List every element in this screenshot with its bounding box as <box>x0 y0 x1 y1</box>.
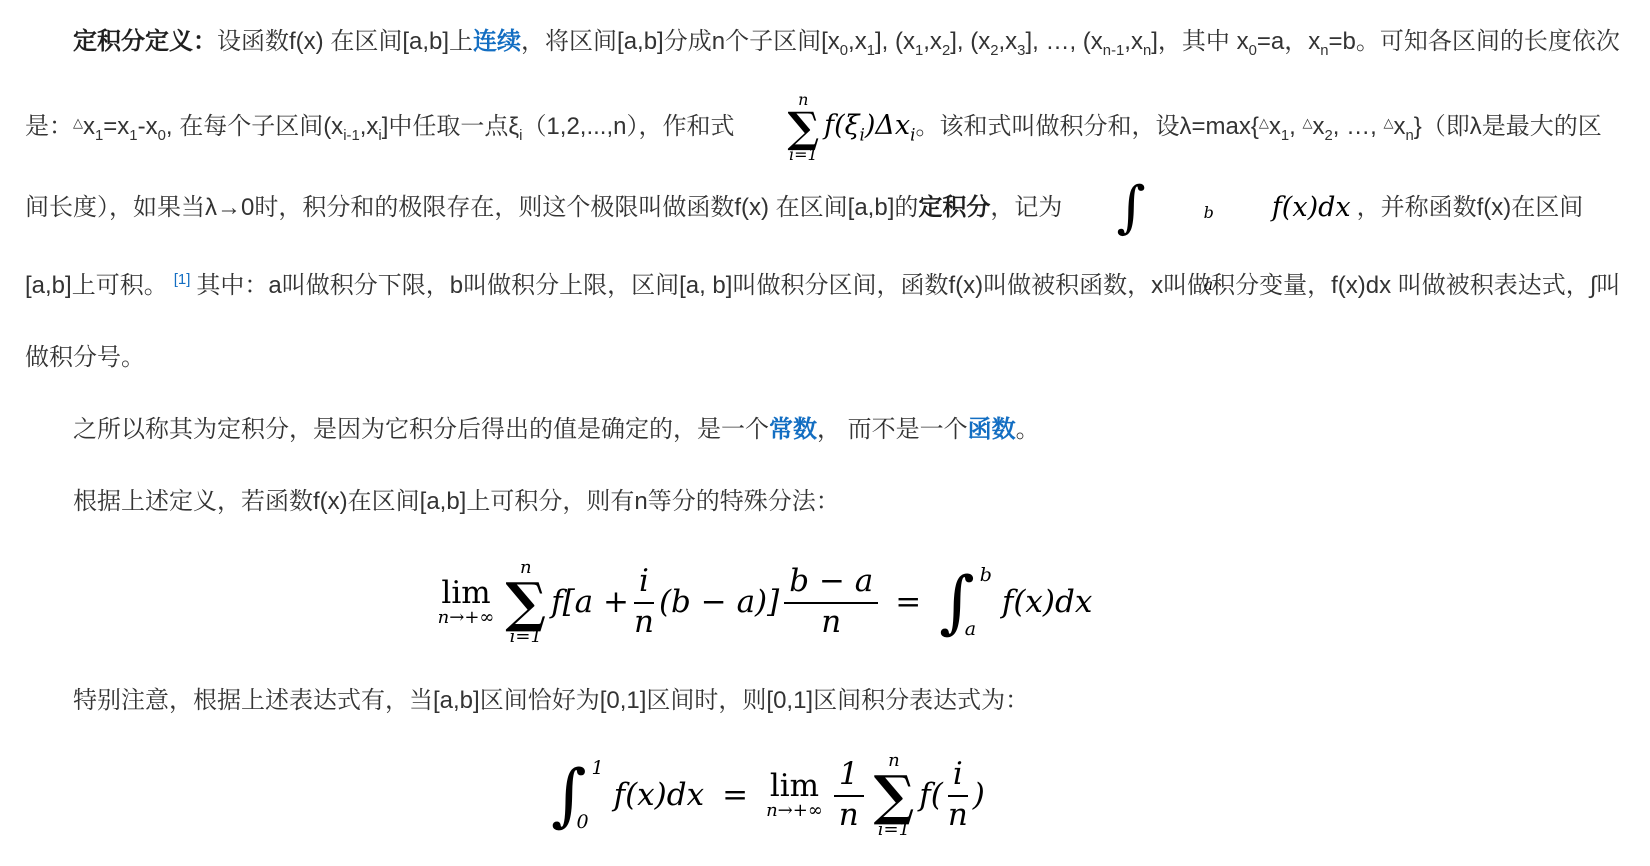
definite-integral-inline-formula: ∫baf(x)dx <box>1068 172 1350 244</box>
sigma-icon: ∑ <box>505 577 546 628</box>
text-segment: ,x <box>360 113 379 140</box>
text-segment: =a，x <box>1257 28 1320 55</box>
link-function[interactable]: 函数 <box>968 416 1016 443</box>
subscript: 1 <box>867 43 875 59</box>
text-segment: ], …, (x <box>1025 28 1102 55</box>
text-segment: 设函数f(x) 在区间[a,b]上 <box>217 28 473 55</box>
integrand: f(x)dx <box>1002 584 1092 620</box>
formula-term: ) <box>973 777 985 813</box>
term-definite-integral: 定积分 <box>918 194 990 221</box>
formula-term: f( <box>919 777 943 813</box>
definite-integral-operator: ∫10f(x)dx <box>551 757 704 833</box>
text-segment: 特别注意，根据上述表达式有，当[a,b]区间恰好为[0,1]区间时，则[0,1]… <box>73 687 1029 714</box>
sum-body: f(ξi)Δxi <box>824 110 915 141</box>
text-segment: 之所以称其为定积分，是因为它积分后得出的值是确定的，是一个 <box>73 416 769 443</box>
subscript: 0 <box>158 128 166 144</box>
summation-operator: n∑i=1 <box>874 752 915 839</box>
text-segment: 。该和式叫做积分和，设λ=max{ <box>916 113 1259 140</box>
article-content: 定积分定义：设函数f(x) 在区间[a,b]上连续，将区间[a,b]分成n个子区… <box>0 0 1650 854</box>
subscript: 2 <box>990 43 998 59</box>
integrand: f(x)dx <box>1224 172 1351 244</box>
text-segment: ,x <box>1124 28 1143 55</box>
subscript: 0 <box>1249 43 1257 59</box>
subscript: 2 <box>1325 128 1333 144</box>
term-definite-integral-definition: 定积分定义： <box>73 28 217 55</box>
subscript: i-1 <box>343 128 360 144</box>
text-segment: , 在每个子区间(x <box>166 113 343 140</box>
text-segment: , …, <box>1333 113 1384 140</box>
special-note-text: 特别注意，根据上述表达式有，当[a,b]区间恰好为[0,1]区间时，则[0,1]… <box>73 687 1029 714</box>
integral-upper-limit: b <box>1156 177 1214 249</box>
triangle-delta: △ <box>1303 115 1313 130</box>
n-partition-intro-paragraph: 根据上述定义，若函数f(x)在区间[a,b]上可积分，则有n等分的特殊分法： <box>25 466 1622 538</box>
link-constant[interactable]: 常数 <box>769 416 817 443</box>
n-partition-intro-text: 根据上述定义，若函数f(x)在区间[a,b]上可积分，则有n等分的特殊分法： <box>73 488 840 515</box>
triangle-delta: △ <box>1383 115 1393 130</box>
text-segment: ，记为 <box>990 194 1062 221</box>
text-segment: ,x <box>923 28 942 55</box>
subscript: 0 <box>840 43 848 59</box>
text-segment: x <box>83 113 95 140</box>
integral-sum-inline-formula: n∑i=1 <box>740 92 820 164</box>
summation-operator: n∑i=1 <box>505 559 546 646</box>
text-segment: ]中任取一点ξ <box>382 113 519 140</box>
subscript: n-1 <box>1103 43 1125 59</box>
fraction-one-over-n: 1n <box>834 757 864 833</box>
subscript: 2 <box>942 43 950 59</box>
link-continuous[interactable]: 连续 <box>473 28 521 55</box>
text-segment: 根据上述定义，若函数f(x)在区间[a,b]上可积分，则有n等分的特殊分法： <box>73 488 840 515</box>
constant-note-paragraph: 之所以称其为定积分，是因为它积分后得出的值是确定的，是一个常数， 而不是一个函数… <box>25 394 1622 466</box>
formula-term: f[a + <box>551 584 629 620</box>
triangle-delta: △ <box>1259 115 1269 130</box>
text-segment: ], (x <box>875 28 915 55</box>
text-segment: x <box>1313 113 1325 140</box>
formula-term: (b − a)] <box>659 584 779 620</box>
fraction-i-over-n: in <box>948 757 968 833</box>
definition-paragraph: 定积分定义：设函数f(x) 在区间[a,b]上连续，将区间[a,b]分成n个子区… <box>25 6 1622 394</box>
text-segment: x <box>1393 113 1405 140</box>
equals-sign: = <box>722 777 748 813</box>
text-segment: （1,2,...,n），作和式 <box>522 113 734 140</box>
triangle-delta: △ <box>73 115 83 130</box>
reference-1-link[interactable]: [1] <box>174 271 191 288</box>
sigma-icon: ∑ <box>874 770 915 821</box>
limit-operator: limn→+∞ <box>766 770 823 821</box>
limit-operator: limn→+∞ <box>438 577 495 628</box>
fraction-b-minus-a-over-n: b − an <box>784 564 878 640</box>
integral-icon: ∫ <box>1068 179 1145 238</box>
text-segment: , <box>1289 113 1302 140</box>
constant-note-text: 之所以称其为定积分，是因为它积分后得出的值是确定的，是一个常数， 而不是一个函数… <box>73 416 1040 443</box>
subscript: n <box>1143 43 1151 59</box>
subscript: n <box>1405 128 1413 144</box>
text-segment: -x <box>138 113 158 140</box>
text-segment: ,x <box>848 28 867 55</box>
n-partition-limit-formula: limn→+∞ n∑i=1 f[a + in (b − a)] b − an =… <box>25 538 1505 666</box>
sigma-icon: ∑ <box>740 108 820 148</box>
unit-interval-integral-formula: ∫10f(x)dx = limn→+∞ 1n n∑i=1 f( in ) <box>25 736 1505 854</box>
equals-sign: = <box>895 584 921 620</box>
special-note-paragraph: 特别注意，根据上述表达式有，当[a,b]区间恰好为[0,1]区间时，则[0,1]… <box>25 666 1622 736</box>
text-segment: ]，其中 x <box>1151 28 1248 55</box>
fraction-i-over-n: in <box>634 564 654 640</box>
text-segment: 其中：a叫做积分下限，b叫做积分上限，区间[a, b]叫做积分区间，函数f(x)… <box>25 272 1620 371</box>
text-segment: x <box>1269 113 1281 140</box>
text-segment: ,x <box>999 28 1018 55</box>
text-segment: ，将区间[a,b]分成n个子区间[x <box>521 28 840 55</box>
subscript: 1 <box>129 128 137 144</box>
text-segment: =x <box>103 113 129 140</box>
text-segment: ， 而不是一个 <box>817 416 968 443</box>
text-segment: 。 <box>1016 416 1040 443</box>
integrand: f(x)dx <box>614 777 704 813</box>
definite-integral-operator: ∫baf(x)dx <box>939 564 1092 640</box>
sum-lower-limit: i=1 <box>741 147 818 163</box>
subscript: n <box>1320 43 1328 59</box>
subscript: 1 <box>1281 128 1289 144</box>
text-segment: ], (x <box>950 28 990 55</box>
